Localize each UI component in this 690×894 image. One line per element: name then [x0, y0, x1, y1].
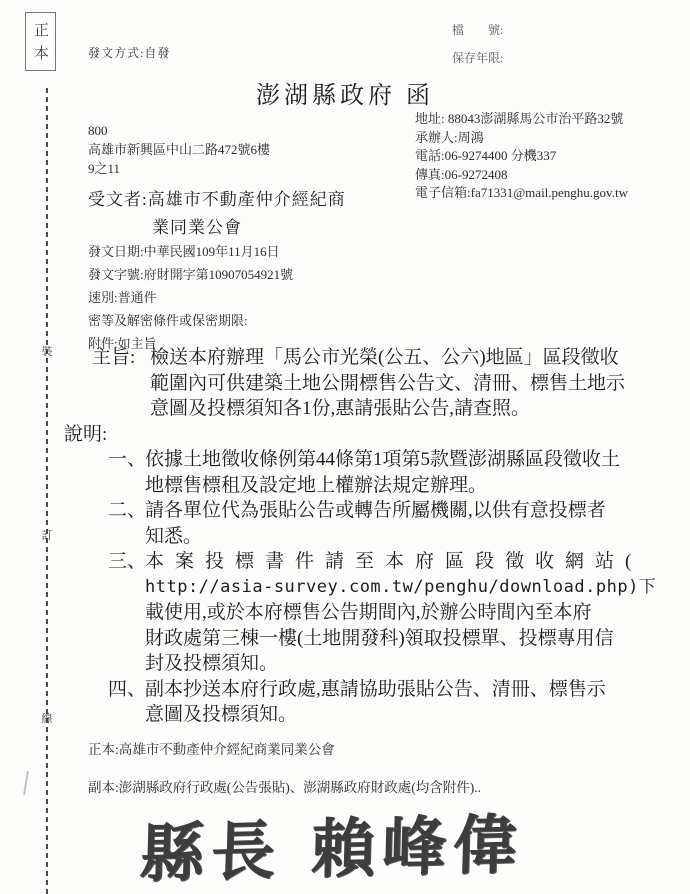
- subject-line: 意圖及投標須知各1份,惠請張貼公告,請查照。: [150, 396, 690, 422]
- scanned-official-letter: { "stamp": { "copy_type": "正本" }, "heade…: [0, 0, 690, 894]
- document-meta: 發文日期:中華民國109年11月16日 發文字號:府財開字第1090705492…: [88, 240, 293, 355]
- item-line: 知悉。: [145, 524, 690, 550]
- contact-person: 承辦人:周鴻: [415, 129, 681, 148]
- file-number-label: 檔 號:: [452, 21, 503, 38]
- retention-period-label: 保存年限:: [452, 49, 503, 66]
- item-marker: 三、: [108, 549, 146, 575]
- original-copy-recipients: 正本:高雄市不動產仲介經紀商業同業公會: [88, 737, 690, 763]
- issue-number: 發文字號:府財開字第10907054921號: [88, 263, 293, 286]
- recipient-line-1: 受文者:高雄市不動產仲介經紀商: [88, 186, 346, 214]
- item-line: 載使用,或於本府標售公告期間內,於辦公時間內至本府: [145, 600, 690, 626]
- explanation-label: 說明:: [64, 422, 690, 448]
- recipient-name: 受文者:高雄市不動產仲介經紀商 業同業公會: [88, 186, 346, 242]
- item-marker: 四、: [108, 677, 146, 703]
- item-line: 地標售標租及設定地上權辦法規定辦理。: [145, 473, 690, 499]
- explanation-item-2: 二、 請各單位代為張貼公告或轉告所屬機關,以供有意投標者 知悉。: [0, 498, 690, 549]
- subject-paragraph: 主旨: 檢送本府辦理「馬公市光榮(公五、公六)地區」區段徵收 範圍內可供建築土地…: [0, 345, 690, 422]
- item-marker: 二、: [108, 498, 146, 524]
- explanation-item-1: 一、 依據土地徵收條例第44條第1項第5款暨澎湖縣區段徵收土 地標售標租及設定地…: [0, 447, 690, 498]
- item-marker: 一、: [108, 447, 146, 473]
- subject-line: 範圍內可供建築土地公開標售公告文、清冊、標售土地示: [150, 371, 690, 397]
- download-url: http://asia-survey.com.tw/penghu/downloa…: [145, 575, 690, 601]
- contact-email: 電子信箱:fa71331@mail.penghu.gov.tw: [415, 184, 681, 203]
- dispatch-method-label: 發文方式:自發: [88, 44, 170, 61]
- subject-label: 主旨:: [92, 345, 135, 371]
- contact-phone: 電話:06-9274400 分機337: [415, 147, 681, 166]
- recipient-mailing-address: 800 高雄市新興區中山二路472號6樓 9之11: [88, 121, 270, 178]
- recipient-line-2: 業同業公會: [88, 214, 346, 242]
- explanation-item-3: 三、 本案投標書件請至本府區段徵收網站( http://asia-survey.…: [0, 549, 690, 677]
- item-line: 請各單位代為張貼公告或轉告所屬機關,以供有意投標者: [145, 498, 690, 524]
- letter-body: 主旨: 檢送本府辦理「馬公市光榮(公五、公六)地區」區段徵收 範圍內可供建築土地…: [0, 345, 690, 801]
- document-title: 澎湖縣政府 函: [0, 75, 690, 110]
- item-line: 封及投標須知。: [145, 651, 690, 677]
- item-line: 依據土地徵收條例第44條第1項第5款暨澎湖縣區段徵收土: [145, 447, 690, 473]
- speed-class: 速別:普通件: [88, 286, 293, 309]
- item-line: 副本抄送本府行政處,惠請協助張貼公告、清冊、標售示: [145, 677, 690, 703]
- address-line-2: 9之11: [88, 159, 270, 178]
- item-line: 意圖及投標須知。: [145, 702, 690, 728]
- address-line-1: 高雄市新興區中山二路472號6樓: [88, 140, 270, 159]
- magistrate-signature: 縣長 賴峰偉: [139, 793, 526, 894]
- item-line: 本案投標書件請至本府區段徵收網站(: [145, 549, 690, 575]
- subject-line: 檢送本府辦理「馬公市光榮(公五、公六)地區」區段徵收: [150, 345, 690, 371]
- explanation-item-4: 四、 副本抄送本府行政處,惠請協助張貼公告、清冊、標售示 意圖及投標須知。: [0, 677, 690, 728]
- agency-address: 地址: 88043澎湖縣馬公市治平路32號: [415, 110, 681, 129]
- security-class: 密等及解密條件或保密期限:: [88, 309, 293, 332]
- item-line: 財政處第三棟一樓(土地開發科)領取投標單、投標專用信: [145, 626, 690, 652]
- issue-date: 發文日期:中華民國109年11月16日: [88, 240, 293, 263]
- contact-fax: 傳真:06-9272408: [415, 166, 681, 185]
- postal-code: 800: [88, 121, 270, 140]
- copy-type-stamp: 正本: [25, 12, 56, 71]
- agency-contact-info: 地址: 88043澎湖縣馬公市治平路32號 承辦人:周鴻 電話:06-92744…: [415, 110, 681, 203]
